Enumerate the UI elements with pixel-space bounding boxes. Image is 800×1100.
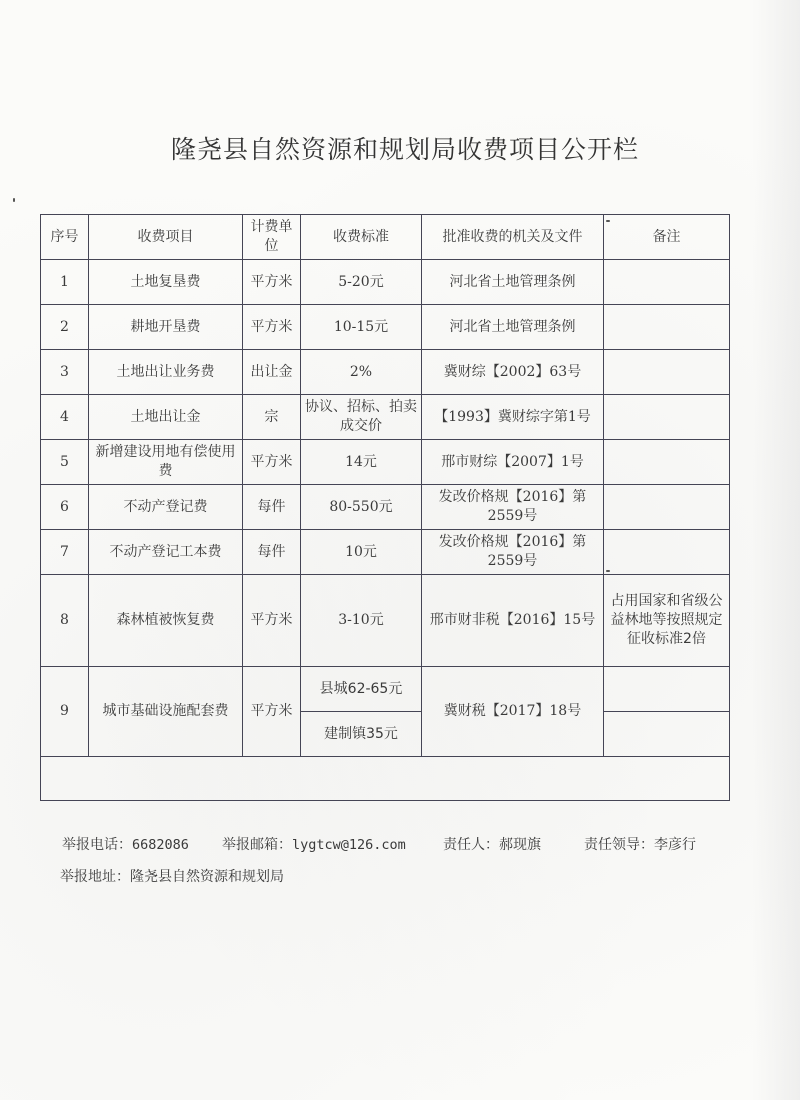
cell-unit: 每件 <box>243 530 301 575</box>
cell-authority: 【1993】冀财综字第1号 <box>422 395 604 440</box>
cell-item: 土地复垦费 <box>89 260 243 305</box>
cell-index: 7 <box>41 530 89 575</box>
table-blank-row <box>41 757 730 801</box>
cell-authority: 河北省土地管理条例 <box>422 260 604 305</box>
phone-number: 6682086 <box>132 837 189 853</box>
cell-item: 不动产登记费 <box>89 485 243 530</box>
cell-remarks-town <box>604 712 730 757</box>
table-row: 3 土地出让业务费 出让金 2% 冀财综【2002】63号 <box>41 350 730 395</box>
cell-index: 8 <box>41 575 89 667</box>
cell-authority: 邢市财综【2007】1号 <box>422 440 604 485</box>
cell-index: 3 <box>41 350 89 395</box>
footer-email: 举报邮箱：lygtcw@126.com <box>222 834 406 854</box>
cell-remarks <box>604 440 730 485</box>
cell-remarks-county <box>604 667 730 712</box>
cell-authority: 冀财税【2017】18号 <box>422 667 604 757</box>
header-item: 收费项目 <box>89 215 243 260</box>
cell-remarks <box>604 260 730 305</box>
table-row: 5 新增建设用地有偿使用费 平方米 14元 邢市财综【2007】1号 <box>41 440 730 485</box>
footer-address: 举报地址：隆尧县自然资源和规划局 <box>60 866 284 886</box>
cell-item: 森林植被恢复费 <box>89 575 243 667</box>
cell-standard: 14元 <box>301 440 422 485</box>
leader-label: 责任领导： <box>584 837 654 853</box>
header-unit: 计费单位 <box>243 215 301 260</box>
cell-item: 不动产登记工本费 <box>89 530 243 575</box>
email-label: 举报邮箱： <box>222 837 292 853</box>
person-label: 责任人： <box>443 837 499 853</box>
cell-standard: 3-10元 <box>301 575 422 667</box>
cell-unit: 平方米 <box>243 575 301 667</box>
cell-item: 耕地开垦费 <box>89 305 243 350</box>
scan-speck <box>606 220 610 222</box>
table-row: 2 耕地开垦费 平方米 10-15元 河北省土地管理条例 <box>41 305 730 350</box>
cell-remarks <box>604 350 730 395</box>
cell-index: 2 <box>41 305 89 350</box>
cell-standard: 2% <box>301 350 422 395</box>
cell-index: 6 <box>41 485 89 530</box>
cell-authority: 冀财综【2002】63号 <box>422 350 604 395</box>
cell-unit: 每件 <box>243 485 301 530</box>
table-row: 7 不动产登记工本费 每件 10元 发改价格规【2016】第2559号 <box>41 530 730 575</box>
footer-phone: 举报电话：6682086 <box>62 834 189 854</box>
cell-standard: 80-550元 <box>301 485 422 530</box>
cell-standard: 10-15元 <box>301 305 422 350</box>
leader-name: 李彦行 <box>654 837 696 853</box>
footer-leader: 责任领导：李彦行 <box>584 834 696 854</box>
cell-unit: 平方米 <box>243 260 301 305</box>
person-name: 郝现旗 <box>499 837 541 853</box>
cell-standard-town: 建制镇35元 <box>301 712 422 757</box>
cell-unit: 平方米 <box>243 440 301 485</box>
cell-remarks: 占用国家和省级公益林地等按照规定征收标准2倍 <box>604 575 730 667</box>
phone-label: 举报电话： <box>62 837 132 853</box>
cell-standard: 5-20元 <box>301 260 422 305</box>
fee-items-table: 序号 收费项目 计费单位 收费标准 批准收费的机关及文件 备注 1 土地复垦费 … <box>40 214 730 801</box>
header-standard: 收费标准 <box>301 215 422 260</box>
cell-authority: 河北省土地管理条例 <box>422 305 604 350</box>
cell-standard: 协议、招标、拍卖成交价 <box>301 395 422 440</box>
cell-index: 5 <box>41 440 89 485</box>
table-header-row: 序号 收费项目 计费单位 收费标准 批准收费的机关及文件 备注 <box>41 215 730 260</box>
cell-standard: 10元 <box>301 530 422 575</box>
cell-standard-county: 县城62-65元 <box>301 667 422 712</box>
table-row: 6 不动产登记费 每件 80-550元 发改价格规【2016】第2559号 <box>41 485 730 530</box>
scan-speck <box>606 570 610 572</box>
scan-speck <box>13 198 15 202</box>
email-address: lygtcw@126.com <box>292 837 406 853</box>
header-index: 序号 <box>41 215 89 260</box>
cell-remarks <box>604 485 730 530</box>
cell-remarks <box>604 395 730 440</box>
cell-index: 4 <box>41 395 89 440</box>
header-remarks: 备注 <box>604 215 730 260</box>
cell-index: 9 <box>41 667 89 757</box>
cell-authority: 邢市财非税【2016】15号 <box>422 575 604 667</box>
table-row: 4 土地出让金 宗 协议、招标、拍卖成交价 【1993】冀财综字第1号 <box>41 395 730 440</box>
cell-remarks <box>604 305 730 350</box>
cell-remarks <box>604 530 730 575</box>
cell-item: 土地出让业务费 <box>89 350 243 395</box>
table-row: 8 森林植被恢复费 平方米 3-10元 邢市财非税【2016】15号 占用国家和… <box>41 575 730 667</box>
cell-unit: 出让金 <box>243 350 301 395</box>
cell-index: 1 <box>41 260 89 305</box>
cell-item: 新增建设用地有偿使用费 <box>89 440 243 485</box>
cell-unit: 平方米 <box>243 305 301 350</box>
cell-item: 土地出让金 <box>89 395 243 440</box>
footer-person: 责任人：郝现旗 <box>443 834 541 854</box>
table-row: 9 城市基础设施配套费 平方米 县城62-65元 冀财税【2017】18号 <box>41 667 730 712</box>
cell-item: 城市基础设施配套费 <box>89 667 243 757</box>
header-authority: 批准收费的机关及文件 <box>422 215 604 260</box>
table-row: 1 土地复垦费 平方米 5-20元 河北省土地管理条例 <box>41 260 730 305</box>
cell-authority: 发改价格规【2016】第2559号 <box>422 485 604 530</box>
document-title: 隆尧县自然资源和规划局收费项目公开栏 <box>0 130 800 166</box>
cell-authority: 发改价格规【2016】第2559号 <box>422 530 604 575</box>
address-value: 隆尧县自然资源和规划局 <box>130 869 284 885</box>
blank-cell <box>41 757 730 801</box>
address-label: 举报地址： <box>60 869 130 885</box>
cell-unit: 平方米 <box>243 667 301 757</box>
cell-unit: 宗 <box>243 395 301 440</box>
